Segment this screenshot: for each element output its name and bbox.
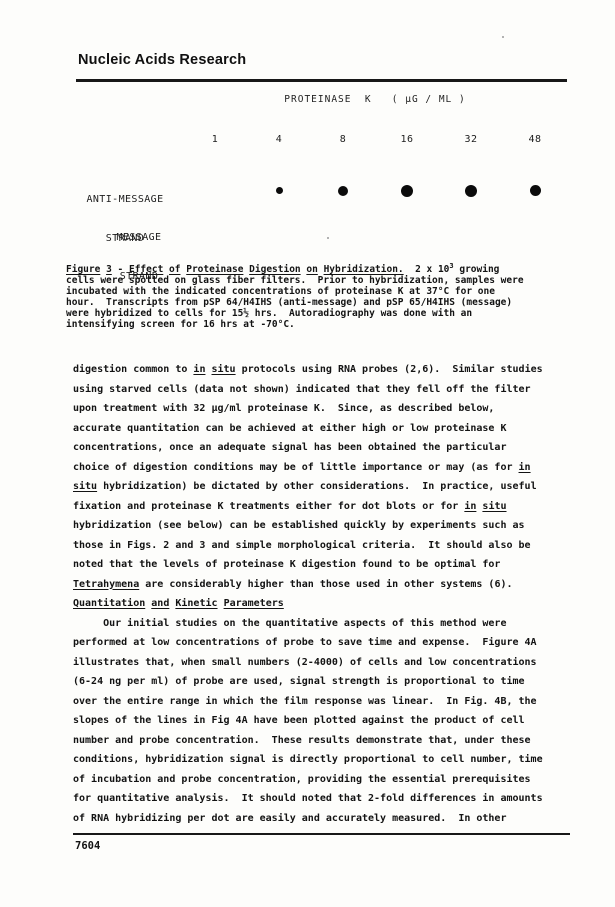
- figure-axis-title: PROTEINASE K ( μG / ML ): [183, 94, 567, 105]
- caption-line: intensifying screen for 16 hrs at -70°C.: [66, 319, 571, 330]
- dot-cell: [439, 220, 503, 233]
- header-rule: [76, 79, 567, 82]
- hybridization-dot: [338, 186, 348, 196]
- dot-cell: [311, 184, 375, 197]
- dot-cell: [503, 184, 567, 197]
- concentration-label: 16: [375, 134, 439, 145]
- caption-line: were hybridized to cells for 15½ hrs. Au…: [66, 308, 571, 319]
- body-line: fixation and proteinase K treatments eit…: [73, 497, 578, 517]
- caption-line: Figure 3 - Effect of Proteinase Digestio…: [66, 261, 571, 275]
- journal-title: Nucleic Acids Research: [78, 52, 246, 68]
- hybridization-dot: [401, 185, 413, 197]
- message-dot-row: [183, 220, 567, 233]
- body-line: noted that the levels of proteinase K di…: [73, 555, 578, 575]
- body-line: hybridization (see below) can be establi…: [73, 516, 578, 536]
- footer-rule: [73, 833, 570, 835]
- page-number: 7604: [75, 840, 100, 852]
- paper-page: Nucleic Acids Research PROTEINASE K ( μG…: [0, 0, 615, 907]
- concentration-label: 8: [311, 134, 375, 145]
- dot-cell: [439, 184, 503, 197]
- caption-line: cells were spotted on glass fiber filter…: [66, 275, 571, 286]
- body-line: concentrations, once an adequate signal …: [73, 438, 578, 458]
- body-line: choice of digestion conditions may be of…: [73, 458, 578, 478]
- hybridization-dot: [465, 185, 477, 197]
- body-line: illustrates that, when small numbers (2-…: [73, 653, 578, 673]
- figure-concentration-labels: 148163248: [183, 134, 567, 145]
- body-text: digestion common to in situ protocols us…: [73, 360, 578, 828]
- concentration-label: 4: [247, 134, 311, 145]
- dot-cell: [247, 220, 311, 233]
- body-line: of incubation and probe concentration, p…: [73, 770, 578, 790]
- dot-cell: [247, 184, 311, 197]
- body-line: Tetrahymena are considerably higher than…: [73, 575, 578, 595]
- body-line: of RNA hybridizing per dot are easily an…: [73, 809, 578, 829]
- body-line: situ hybridization) be dictated by other…: [73, 477, 578, 497]
- body-line: upon treatment with 32 μg/ml proteinase …: [73, 399, 578, 419]
- dot-cell: [183, 184, 247, 197]
- body-line: for quantitative analysis. It should not…: [73, 789, 578, 809]
- body-line: conditions, hybridization signal is dire…: [73, 750, 578, 770]
- concentration-label: 32: [439, 134, 503, 145]
- concentration-label: 1: [183, 134, 247, 145]
- body-line: number and probe concentration. These re…: [73, 731, 578, 751]
- scan-speck: [327, 237, 329, 239]
- caption-line: incubated with the indicated concentrati…: [66, 286, 571, 297]
- body-line: performed at low concentrations of probe…: [73, 633, 578, 653]
- dot-cell: [183, 220, 247, 233]
- scan-speck: [502, 36, 504, 38]
- dot-cell: [375, 220, 439, 233]
- body-line: Our initial studies on the quantitative …: [73, 614, 578, 634]
- dot-cell: [311, 220, 375, 233]
- anti-message-dot-row: [183, 184, 567, 197]
- body-line: Quantitation and Kinetic Parameters: [73, 594, 578, 614]
- body-line: using starved cells (data not shown) ind…: [73, 380, 578, 400]
- body-line: slopes of the lines in Fig 4A have been …: [73, 711, 578, 731]
- body-line: (6-24 ng per ml) of probe are used, sign…: [73, 672, 578, 692]
- concentration-label: 48: [503, 134, 567, 145]
- dot-cell: [503, 220, 567, 233]
- body-line: accurate quantitation can be achieved at…: [73, 419, 578, 439]
- body-line: those in Figs. 2 and 3 and simple morpho…: [73, 536, 578, 556]
- figure-caption: Figure 3 - Effect of Proteinase Digestio…: [66, 261, 571, 330]
- dot-cell: [375, 184, 439, 197]
- hybridization-dot: [530, 185, 541, 196]
- hybridization-dot: [276, 187, 283, 194]
- caption-line: hour. Transcripts from pSP 64/H4IHS (ant…: [66, 297, 571, 308]
- body-line: digestion common to in situ protocols us…: [73, 360, 578, 380]
- body-line: over the entire range in which the film …: [73, 692, 578, 712]
